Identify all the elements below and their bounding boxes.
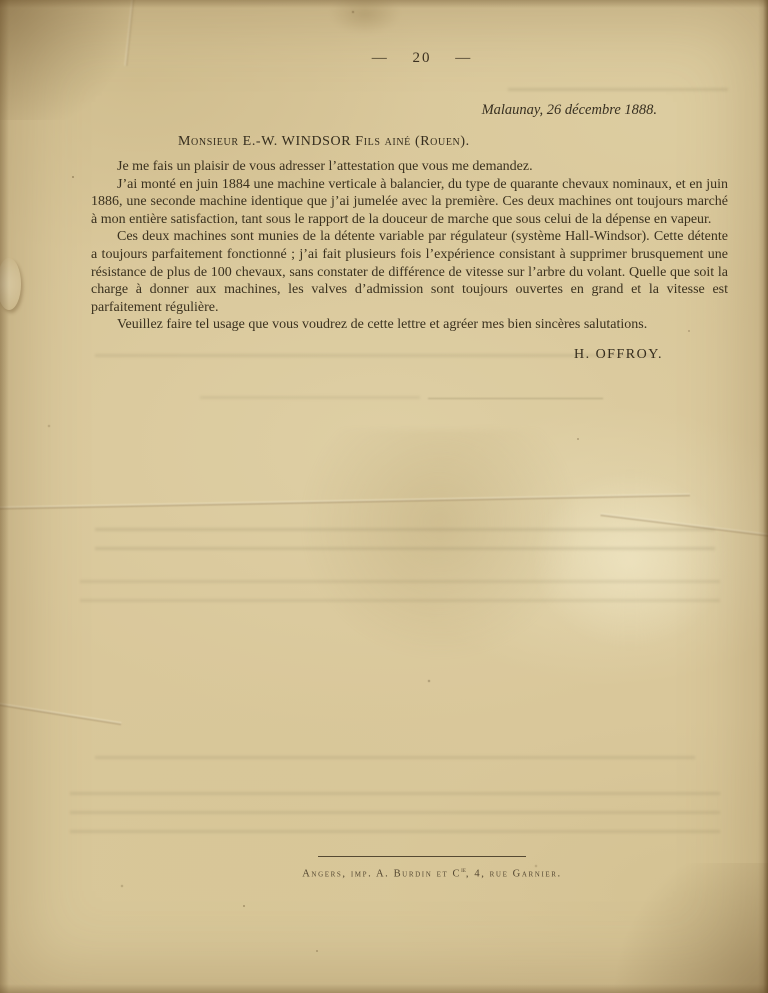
water-stain	[300, 430, 580, 660]
printer-imprint: Angers, imp. A. Burdin et Cie, 4, rue Ga…	[48, 866, 768, 880]
printer-rule	[318, 856, 526, 857]
imprint-suffix: , 4, rue Garnier.	[466, 869, 562, 880]
letter-body: Je me fais un plaisir de vous adresser l…	[91, 158, 728, 334]
ink-bleedthrough	[95, 518, 715, 562]
rule-bleedthrough	[428, 398, 603, 399]
page-edge-left	[0, 0, 9, 993]
foxing-specks	[0, 0, 2, 2]
letter-dateline: Malaunay, 26 décembre 1888.	[482, 102, 657, 119]
imprint-prefix: Angers, imp. A. Burdin et C	[302, 869, 461, 880]
letter-salutation: Monsieur E.-W. WINDSOR Fils ainé (Rouen)…	[178, 134, 470, 150]
edge-tear	[0, 258, 21, 310]
corner-shadow	[608, 863, 768, 993]
letter-paragraph: Veuillez faire tel usage que vous voudre…	[91, 316, 728, 334]
light-stain	[530, 470, 730, 650]
page-edge-right	[758, 0, 768, 993]
paper-crease	[600, 513, 768, 538]
ink-bleedthrough	[95, 344, 655, 368]
ink-bleedthrough	[95, 746, 695, 766]
scanned-letter-page: { "page": { "number_display": "— 20 —" }…	[0, 0, 768, 993]
ink-bleedthrough	[70, 782, 720, 844]
letter-signature: H. OFFROY.	[574, 347, 663, 363]
letter-paragraph: Je me fais un plaisir de vous adresser l…	[91, 158, 728, 176]
paper-crease	[0, 493, 690, 509]
page-edge-bottom	[0, 984, 768, 993]
letter-paragraph: J’ai monté en juin 1884 une machine vert…	[91, 176, 728, 229]
ink-bleedthrough	[80, 570, 720, 612]
page-number: — 20 —	[38, 50, 768, 67]
ink-bleedthrough	[200, 386, 420, 402]
paper-crease	[0, 702, 121, 725]
letter-paragraph: Ces deux machines sont munies de la déte…	[91, 228, 728, 316]
page-edge-top	[0, 0, 768, 8]
top-smudge	[330, 0, 400, 34]
